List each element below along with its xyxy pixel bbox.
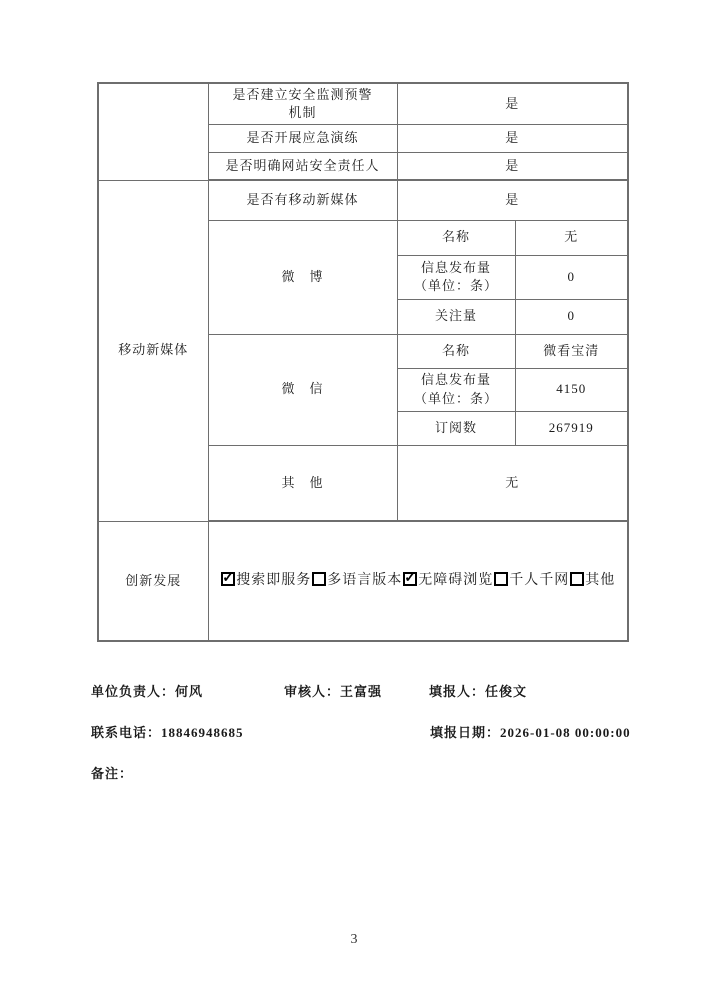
security-question-monitoring: 是否建立安全监测预警 机制	[208, 83, 397, 124]
remark-label: 备注：	[91, 766, 133, 781]
wechat-subscribers-label: 订阅数	[397, 411, 515, 445]
table-row: 是否建立安全监测预警 机制 是	[98, 83, 628, 124]
wechat-name-label: 名称	[397, 334, 515, 368]
checkbox-label-personalized: 千人千网	[509, 573, 569, 588]
unit-head-value: 何风	[175, 684, 203, 699]
security-answer-monitoring: 是	[397, 83, 628, 124]
wechat-posts-value: 4150	[515, 368, 628, 411]
section-label-cell-empty	[98, 83, 208, 180]
checkbox-label-accessibility: 无障碍浏览	[418, 573, 493, 588]
mobile-media-has-question: 是否有移动新媒体	[208, 180, 397, 220]
checkbox-personalized[interactable]	[494, 572, 508, 586]
footer-remark: 备注：	[91, 763, 133, 782]
checkbox-label-search-as-service: 搜索即服务	[236, 573, 311, 588]
wechat-subscribers-value: 267919	[515, 411, 628, 445]
innovation-options: 搜索即服务多语言版本无障碍浏览千人千网其他	[220, 573, 615, 588]
footer-unit-head: 单位负责人：何风	[91, 681, 203, 700]
checkbox-multilingual[interactable]	[312, 572, 326, 586]
weibo-name-value: 无	[515, 220, 628, 255]
reviewer-label: 审核人：	[284, 684, 340, 699]
weibo-posts-label: 信息发布量 （单位：条）	[397, 255, 515, 299]
security-answer-drill: 是	[397, 124, 628, 152]
other-media-value: 无	[397, 445, 628, 521]
date-label: 填报日期：	[430, 725, 500, 740]
table-row: 移动新媒体 是否有移动新媒体 是	[98, 180, 628, 220]
checkbox-label-multilingual: 多语言版本	[327, 573, 402, 588]
weibo-name-label: 名称	[397, 220, 515, 255]
checkbox-accessibility[interactable]	[403, 572, 417, 586]
checkbox-other[interactable]	[570, 572, 584, 586]
weibo-label: 微 博	[208, 220, 397, 334]
footer-date: 填报日期：2026-01-08 00:00:00	[430, 722, 631, 741]
checkbox-label-other: 其他	[585, 573, 615, 588]
report-page: 是否建立安全监测预警 机制 是 是否开展应急演练 是 是否明确网站安全责任人 是…	[0, 0, 708, 989]
reviewer-value: 王富强	[340, 684, 382, 699]
weibo-posts-value: 0	[515, 255, 628, 299]
filler-value: 任俊文	[485, 684, 527, 699]
unit-head-label: 单位负责人：	[91, 684, 175, 699]
security-question-drill: 是否开展应急演练	[208, 124, 397, 152]
report-table: 是否建立安全监测预警 机制 是 是否开展应急演练 是 是否明确网站安全责任人 是…	[97, 82, 629, 642]
phone-value: 18846948685	[161, 725, 244, 740]
wechat-posts-label: 信息发布量 （单位：条）	[397, 368, 515, 411]
security-answer-responsible: 是	[397, 152, 628, 180]
weibo-followers-value: 0	[515, 299, 628, 334]
section-label-mobile-media: 移动新媒体	[98, 180, 208, 521]
date-value: 2026-01-08 00:00:00	[500, 725, 631, 740]
weibo-followers-label: 关注量	[397, 299, 515, 334]
phone-label: 联系电话：	[91, 725, 161, 740]
other-media-label: 其 他	[208, 445, 397, 521]
footer-filler: 填报人：任俊文	[429, 681, 527, 700]
checkbox-search-as-service[interactable]	[221, 572, 235, 586]
footer-reviewer: 审核人：王富强	[284, 681, 382, 700]
wechat-label: 微 信	[208, 334, 397, 445]
security-question-responsible: 是否明确网站安全责任人	[208, 152, 397, 180]
table-row: 创新发展 搜索即服务多语言版本无障碍浏览千人千网其他	[98, 521, 628, 641]
mobile-media-has-answer: 是	[397, 180, 628, 220]
wechat-name-value: 微看宝清	[515, 334, 628, 368]
filler-label: 填报人：	[429, 684, 485, 699]
section-label-innovation: 创新发展	[98, 521, 208, 641]
footer-phone: 联系电话：18846948685	[91, 722, 244, 741]
page-number: 3	[0, 932, 708, 948]
innovation-options-cell: 搜索即服务多语言版本无障碍浏览千人千网其他	[208, 521, 628, 641]
